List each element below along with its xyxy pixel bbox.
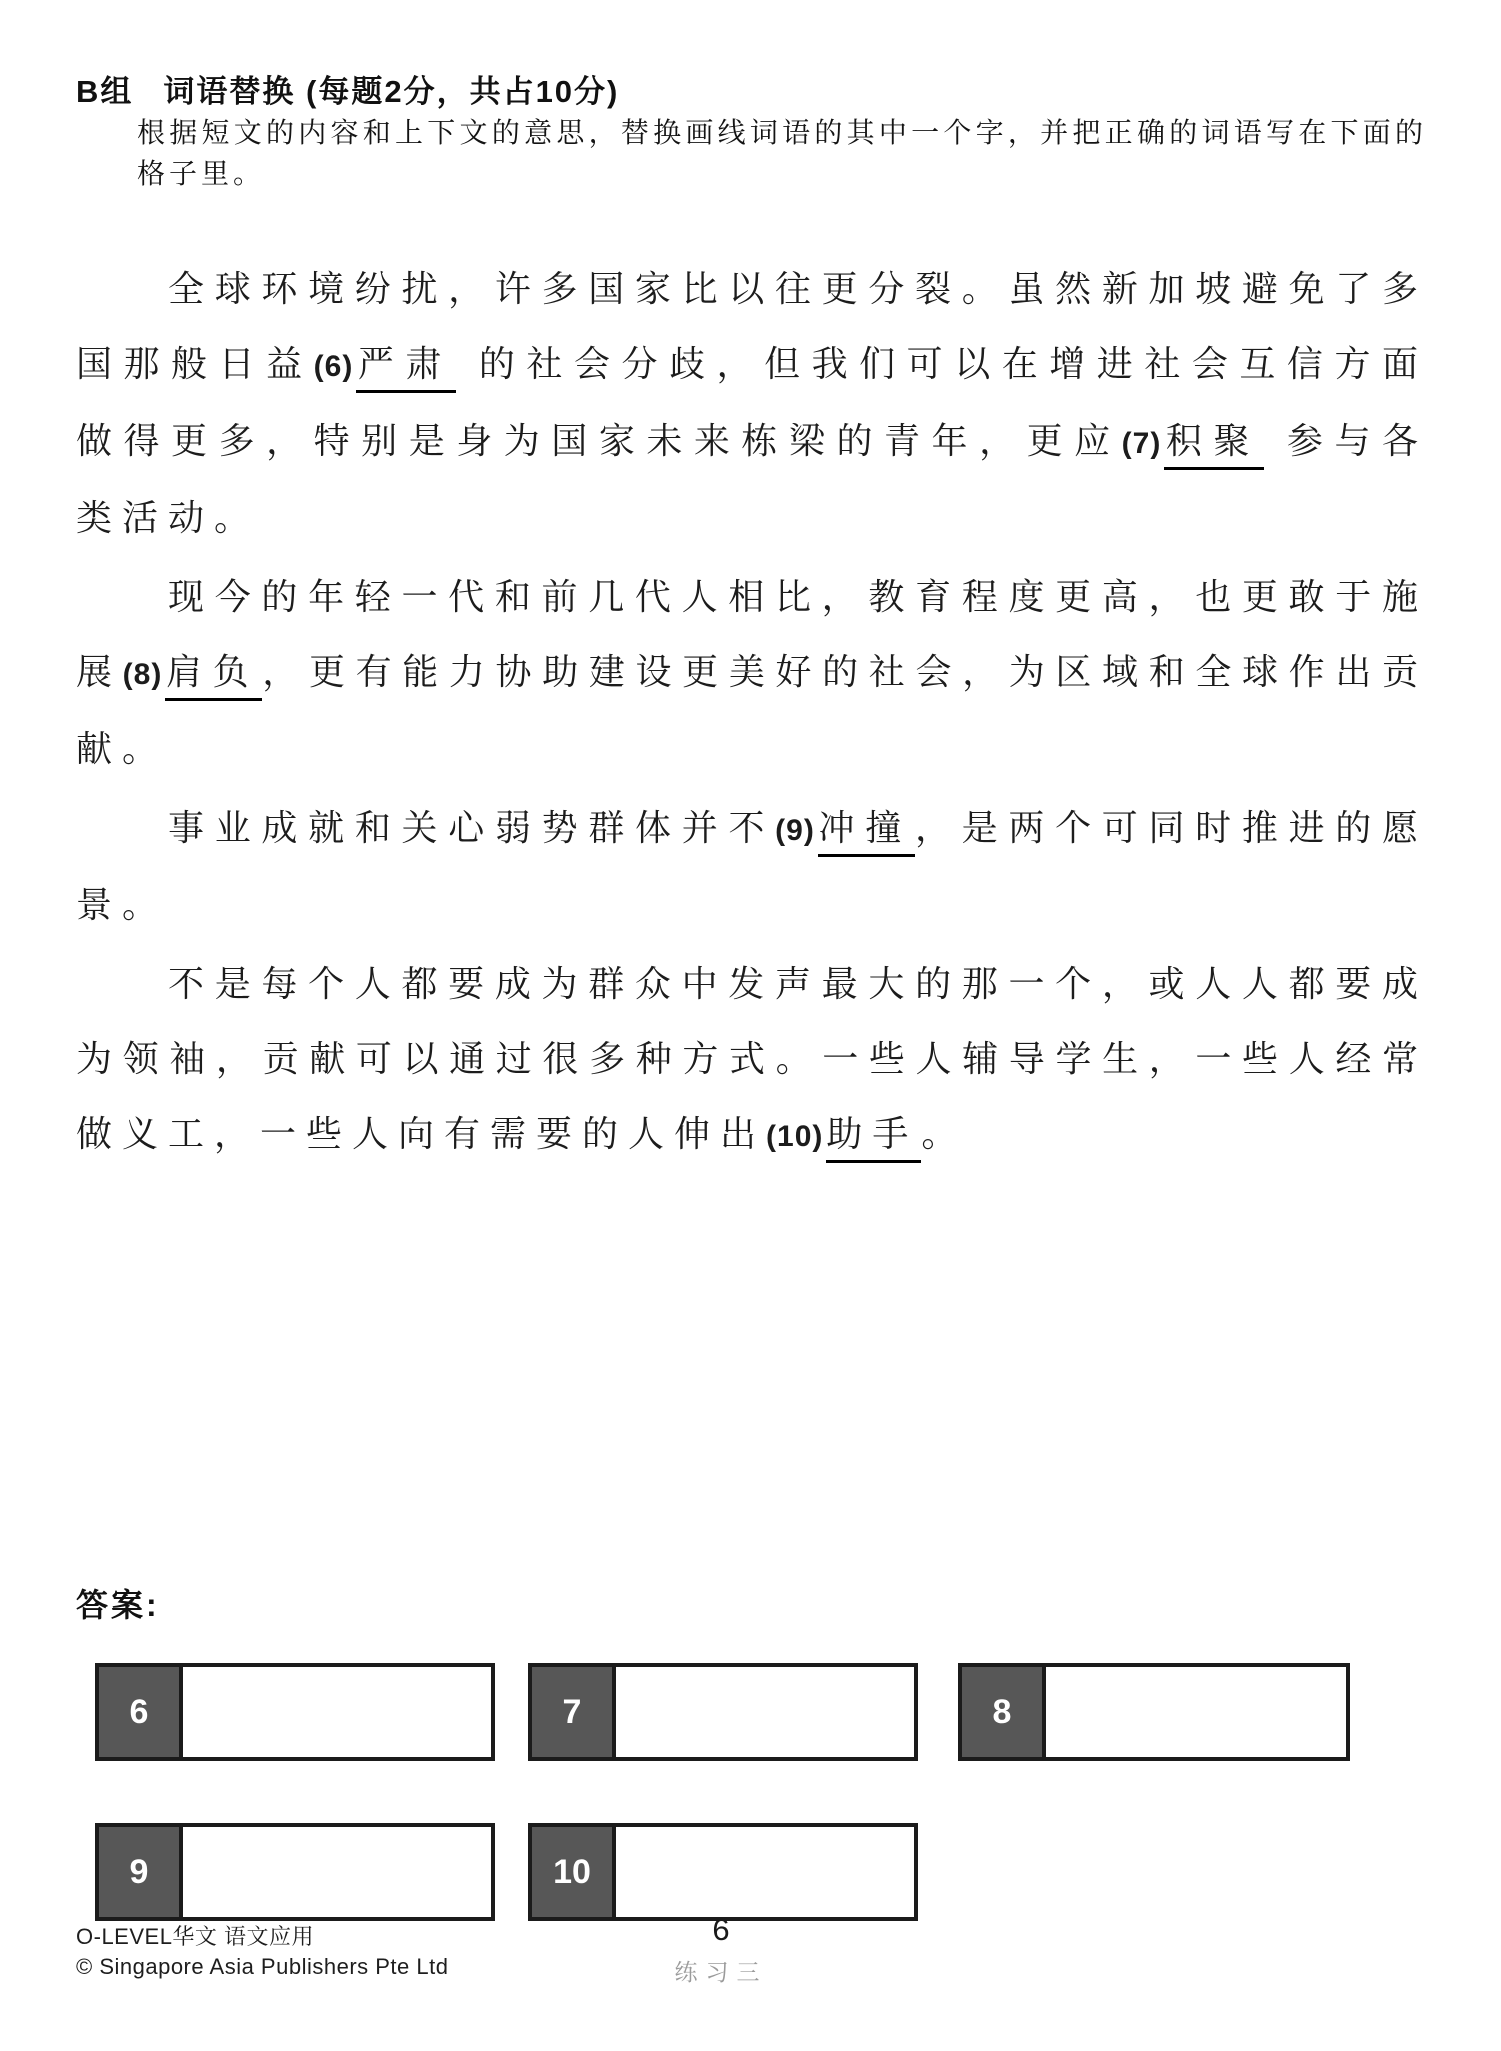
instructions-text: 根据短文的内容和上下文的意思，替换画线词语的其中一个字，并把正确的词语写在下面的… bbox=[137, 112, 1427, 194]
section-title: 词语替换 (每题2分，共占10分) bbox=[163, 74, 619, 109]
underlined-word: 严肃 bbox=[356, 344, 456, 393]
section-group-label: B组 bbox=[76, 74, 133, 109]
footer-page-block: 6 练习三 bbox=[571, 1912, 871, 1987]
footer-imprint: O-LEVEL华文 语文应用 © Singapore Asia Publishe… bbox=[76, 1922, 448, 1982]
answer-box-number: 9 bbox=[99, 1827, 183, 1917]
passage-text: 事业成就和关心弱势群体并不 bbox=[168, 808, 775, 849]
answers-heading: 答案: bbox=[76, 1580, 160, 1626]
footer-series-title: O-LEVEL华文 语文应用 bbox=[76, 1922, 448, 1952]
passage: 全球环境纷扰，许多国家比以往更分裂。虽然新加坡避免了多国那般日益(6)严肃 的社… bbox=[76, 252, 1428, 1178]
answer-box-7: 7 bbox=[528, 1663, 918, 1761]
question-number: (6) bbox=[314, 350, 354, 383]
question-number: (10) bbox=[766, 1120, 823, 1153]
answer-box-write-area bbox=[183, 1667, 491, 1757]
passage-paragraph: 不是每个人都要成为群众中发声最大的那一个，或人人都要成为领袖，贡献可以通过很多种… bbox=[76, 947, 1428, 1174]
answer-box-write-area bbox=[1046, 1667, 1346, 1757]
answer-box-write-area bbox=[616, 1667, 914, 1757]
passage-paragraph: 事业成就和关心弱势群体并不(9)冲撞，是两个可同时推进的愿景。 bbox=[76, 791, 1428, 943]
underlined-word: 肩负 bbox=[165, 652, 262, 701]
answer-box-6: 6 bbox=[95, 1663, 495, 1761]
answer-box-write-area bbox=[183, 1827, 491, 1917]
underlined-word: 助手 bbox=[826, 1114, 921, 1163]
answer-box-number: 10 bbox=[532, 1827, 616, 1917]
page-number: 6 bbox=[571, 1912, 871, 1948]
exercise-label: 练习三 bbox=[571, 1954, 871, 1987]
answer-box-10: 10 bbox=[528, 1823, 918, 1921]
answer-box-number: 8 bbox=[962, 1667, 1046, 1757]
question-number: (9) bbox=[775, 814, 815, 847]
question-number: (7) bbox=[1122, 427, 1162, 460]
underlined-word: 冲撞 bbox=[818, 808, 915, 857]
underlined-word: 积聚 bbox=[1164, 421, 1264, 470]
passage-paragraph: 全球环境纷扰，许多国家比以往更分裂。虽然新加坡避免了多国那般日益(6)严肃 的社… bbox=[76, 252, 1428, 556]
answer-box-9: 9 bbox=[95, 1823, 495, 1921]
answer-box-number: 6 bbox=[99, 1667, 183, 1757]
question-number: (8) bbox=[123, 658, 163, 691]
passage-paragraph: 现今的年轻一代和前几代人相比，教育程度更高，也更敢于施展(8)肩负，更有能力协助… bbox=[76, 560, 1428, 787]
answer-box-8: 8 bbox=[958, 1663, 1350, 1761]
answer-box-write-area bbox=[616, 1827, 914, 1917]
passage-text: ，更有能力协助建设更美好的社会，为区域和全球作出贡献。 bbox=[76, 652, 1428, 770]
passage-text: 不是每个人都要成为群众中发声最大的那一个，或人人都要成为领袖，贡献可以通过很多种… bbox=[76, 964, 1428, 1155]
footer-copyright: © Singapore Asia Publishers Pte Ltd bbox=[76, 1952, 448, 1982]
answer-box-number: 7 bbox=[532, 1667, 616, 1757]
section-header: B组词语替换 (每题2分，共占10分) bbox=[76, 66, 619, 111]
passage-text: 。 bbox=[921, 1114, 967, 1155]
